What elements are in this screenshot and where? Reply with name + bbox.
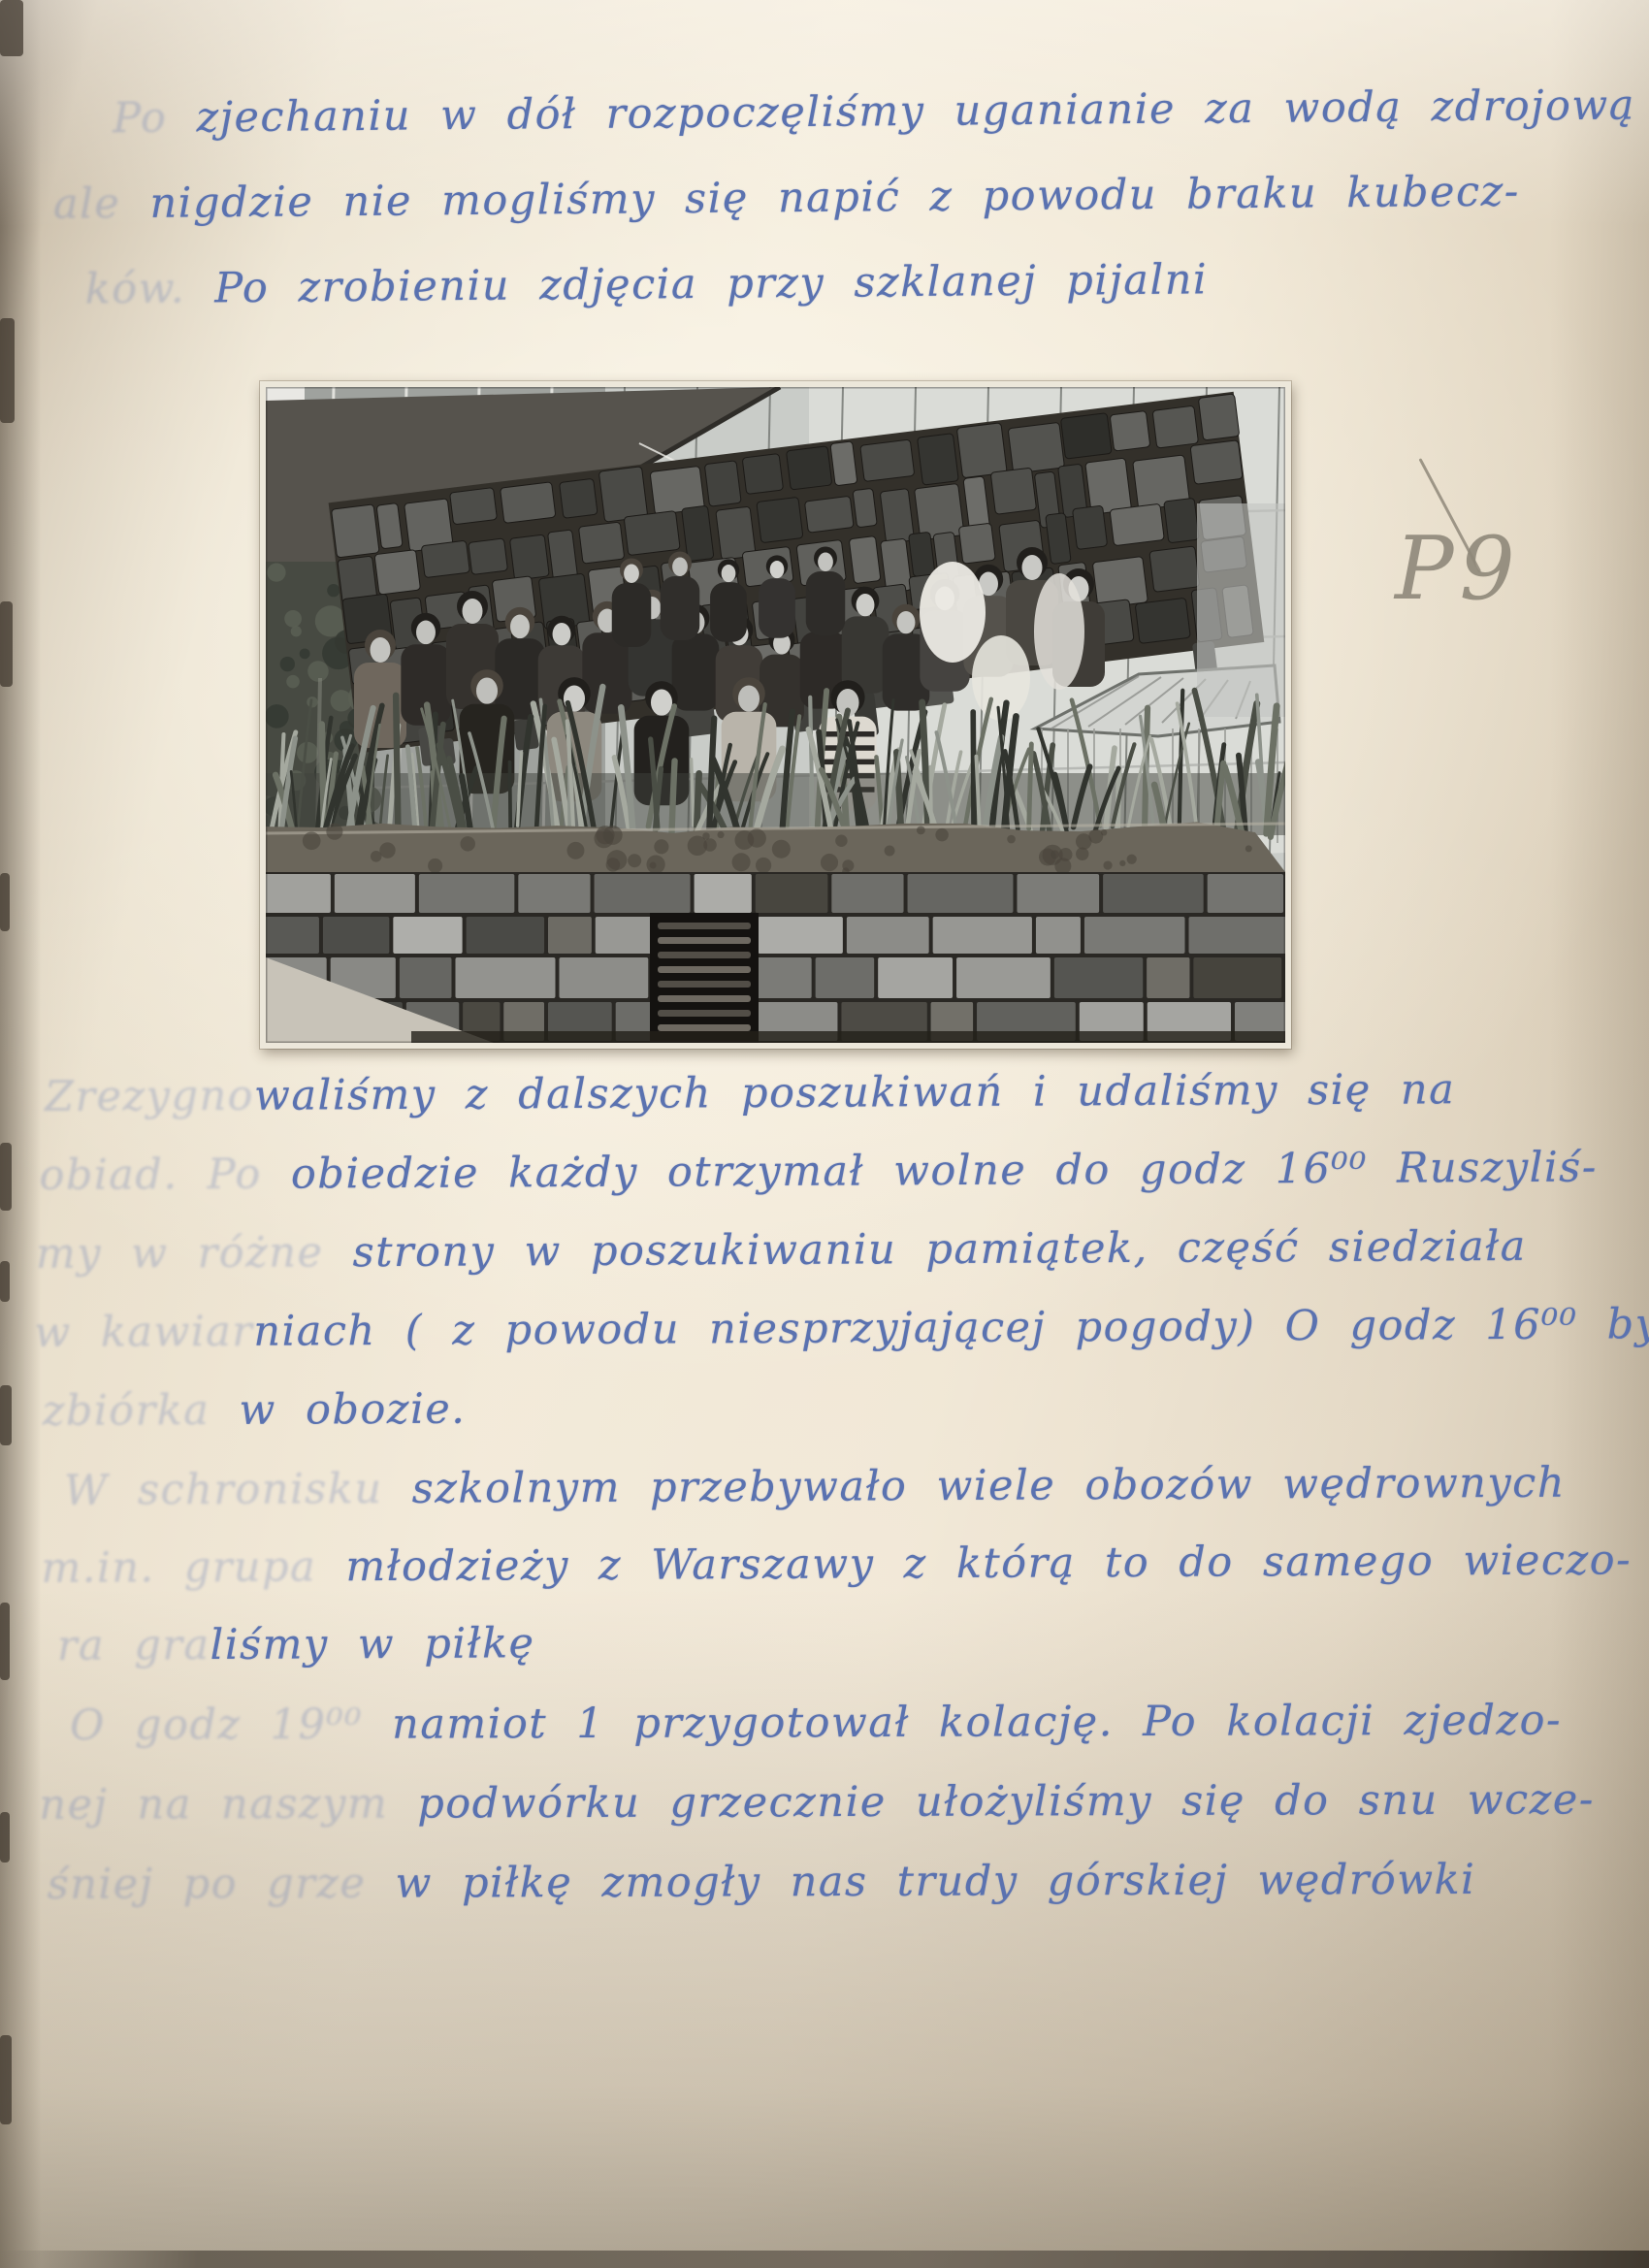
scan-bottom-edge — [0, 2251, 1649, 2268]
faded-handwriting: śniej po grze — [48, 1860, 396, 1909]
faded-handwriting: W schronisku — [64, 1465, 412, 1515]
handwriting-text: podwórku grzecznie ułożyliśmy się do snu… — [417, 1775, 1595, 1828]
faded-handwriting: zbiórka — [43, 1386, 240, 1436]
handwritten-line: ale nigdzie nie mogliśmy się napić z pow… — [53, 167, 1636, 266]
faded-handwriting: Po — [113, 93, 197, 143]
handwritten-line: Po zjechaniu w dół rozpoczęliśmy uganian… — [113, 81, 1635, 180]
handwritten-line: nej na naszym podwórku grzecznie ułożyli… — [39, 1775, 1595, 1861]
faded-handwriting: ale — [53, 179, 150, 229]
group-photograph — [260, 381, 1291, 1049]
handwritten-line: my w różne strony w poszukiwaniu pamiąte… — [36, 1221, 1649, 1309]
handwriting-text: szkolnym przebywało wiele obozów wędrown… — [412, 1459, 1567, 1513]
handwriting-text: obiedzie każdy otrzymał wolne do godz 16… — [291, 1144, 1598, 1199]
group-photograph-image — [266, 387, 1285, 1043]
faded-handwriting: my w różne — [36, 1228, 353, 1279]
faded-handwriting: w kawiar — [34, 1308, 253, 1357]
handwritten-line: m.in. grupa młodzieży z Warszawy z którą… — [41, 1536, 1632, 1622]
handwriting-text: Po zrobieniu zdjęcia przy szklanej pijal… — [214, 255, 1208, 312]
handwriting-text: waliśmy z dalszych poszukiwań i udaliśmy… — [254, 1065, 1455, 1119]
handwriting-text: niach ( z powodu niesprzyjającej pogody)… — [253, 1300, 1649, 1356]
handwritten-line: śniej po grze w piłkę zmogły nas trudy g… — [48, 1855, 1596, 1940]
scanned-page: Po zjechaniu w dół rozpoczęliśmy uganian… — [0, 0, 1649, 2268]
scan-artifact — [0, 873, 10, 931]
scan-artifact — [0, 1385, 12, 1445]
scan-artifact — [0, 0, 23, 56]
handwritten-paragraph-1: Po zjechaniu w dół rozpoczęliśmy uganian… — [27, 81, 1637, 351]
handwritten-line: Zrezygnowaliśmy z dalszych poszukiwań i … — [45, 1064, 1649, 1151]
handwritten-paragraph-3: W schronisku szkolnym przebywało wiele o… — [27, 1458, 1633, 1700]
scan-artifact — [0, 1261, 10, 1302]
faded-handwriting: O godz 19⁰⁰ — [70, 1701, 392, 1750]
handwritten-line: O godz 19⁰⁰ namiot 1 przygotował kolację… — [70, 1696, 1595, 1780]
handwritten-line: ków. Po zrobieniu zdjęcia przy szklanej … — [85, 252, 1637, 351]
page-number-pencil-mark: P9 — [1395, 518, 1521, 620]
faded-handwriting: ków. — [85, 264, 215, 313]
handwritten-paragraph-4: O godz 19⁰⁰ namiot 1 przygotował kolację… — [27, 1696, 1595, 1940]
scan-artifact — [0, 1603, 10, 1680]
handwritten-line: W schronisku szkolnym przebywało wiele o… — [64, 1458, 1632, 1543]
handwriting-text: liśmy w piłkę — [210, 1619, 534, 1669]
faded-handwriting: obiad. Po — [39, 1150, 291, 1200]
scan-artifact — [0, 2035, 12, 2124]
handwritten-line: w kawiarniach ( z powodu niesprzyjającej… — [34, 1300, 1649, 1387]
handwritten-line: zbiórka w obozie. — [43, 1378, 1649, 1466]
faded-handwriting: Zrezygno — [45, 1072, 254, 1121]
scan-artifact — [0, 1143, 12, 1211]
scan-artifact — [0, 318, 15, 423]
faded-handwriting: m.in. grupa — [41, 1542, 345, 1593]
handwriting-text: namiot 1 przygotował kolację. Po kolacji… — [392, 1696, 1562, 1748]
handwritten-line: ra graliśmy w piłkę — [57, 1613, 1633, 1699]
handwritten-paragraph-2: Zrezygnowaliśmy z dalszych poszukiwań i … — [27, 1064, 1649, 1466]
scan-artifact — [0, 601, 13, 687]
handwriting-text: w piłkę zmogły nas trudy górskiej wędrów… — [395, 1856, 1475, 1908]
handwritten-line: obiad. Po obiedzie każdy otrzymał wolne … — [39, 1143, 1649, 1230]
handwriting-text: w obozie. — [239, 1385, 466, 1435]
faded-handwriting: ra gra — [57, 1621, 210, 1670]
handwriting-text: strony w poszukiwaniu pamiątek, część si… — [352, 1222, 1526, 1277]
handwriting-text: młodzieży z Warszawy z którą to do sameg… — [345, 1536, 1632, 1591]
faded-handwriting: nej na naszym — [39, 1780, 417, 1830]
handwriting-text: zjechaniu w dół rozpoczęliśmy uganianie … — [196, 81, 1635, 143]
scan-artifact — [0, 1812, 10, 1863]
